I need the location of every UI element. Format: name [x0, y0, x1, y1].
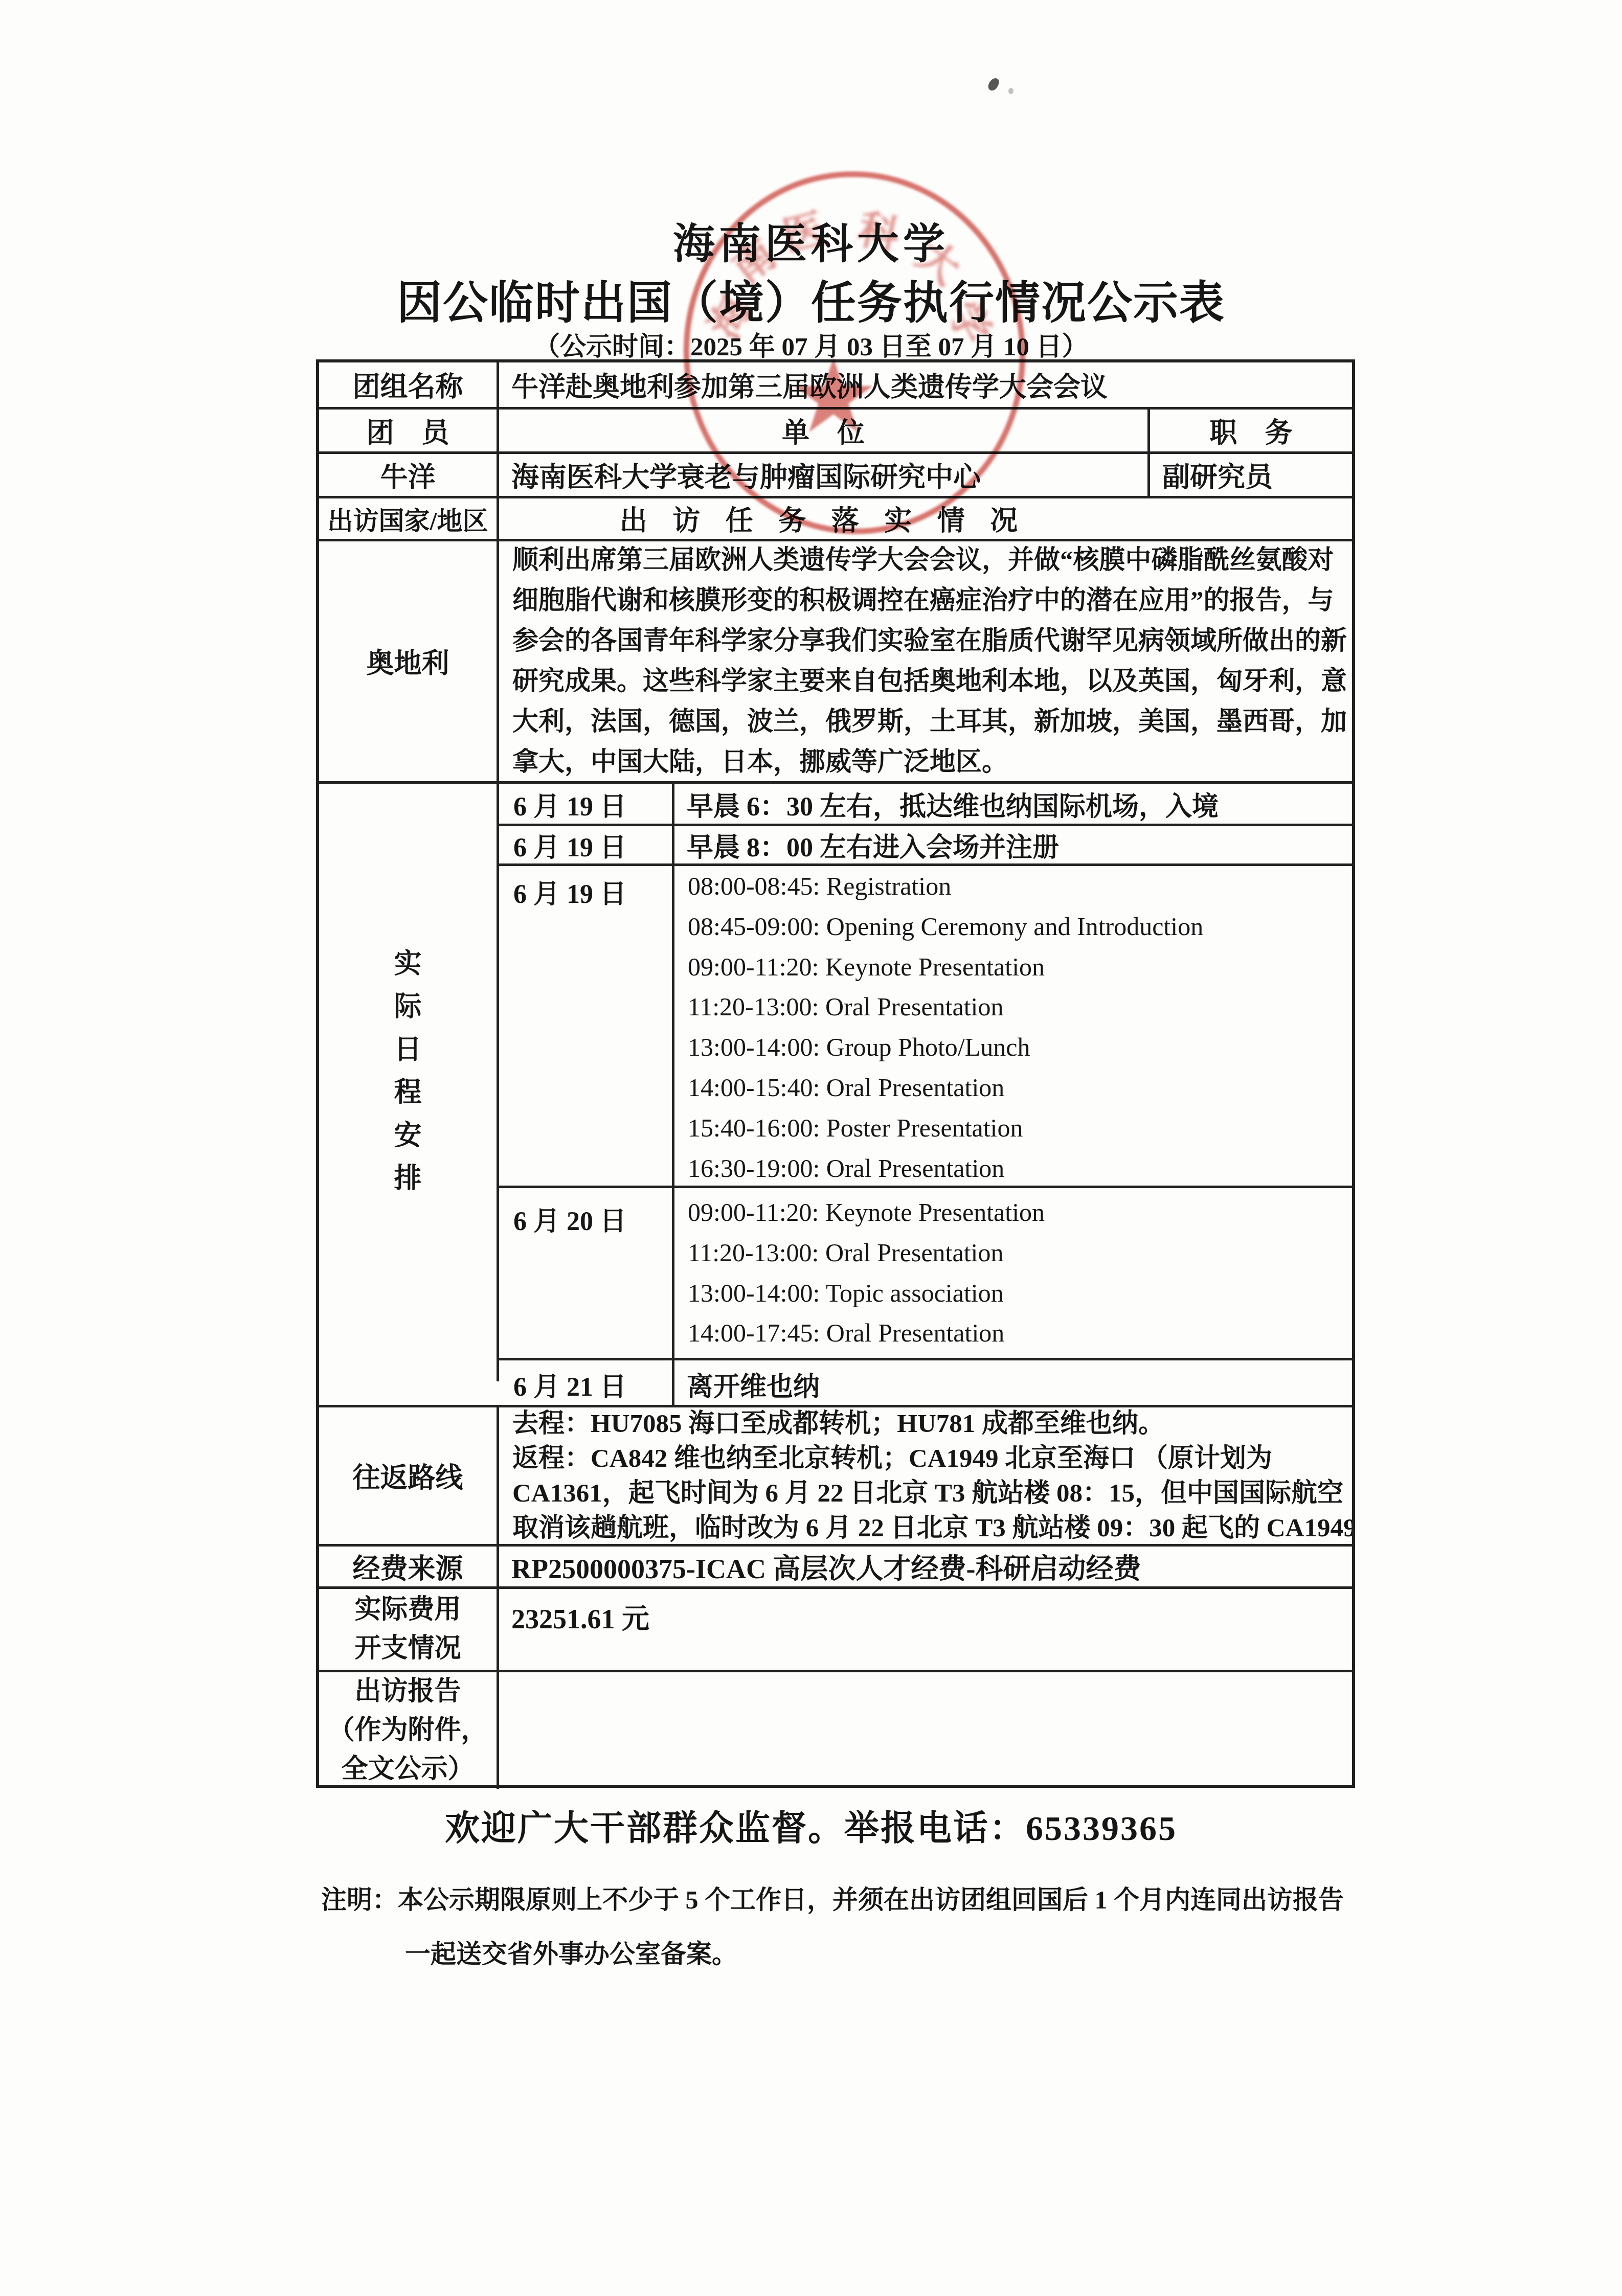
schedule-entry: 13:00-14:00: Group Photo/Lunch: [688, 1027, 1030, 1067]
page-title: 海南医科大学: [0, 211, 1622, 270]
group-name-value: 牛洋赴奥地利参加第三届欧洲人类遗传学大会会议: [499, 362, 1352, 407]
schedule-entry: 16:30-19:00: Oral Presentation: [688, 1148, 1004, 1186]
route-description: 去程：HU7085 海口至成都转机；HU781 成都至维也纳。 返程：CA842…: [499, 1407, 1352, 1544]
schedule-row: 6 月 19 日 早晨 6：30 左右，抵达维也纳国际机场，入境: [499, 784, 1352, 824]
schedule-label-char: 际: [394, 985, 422, 1028]
report-value-empty: [499, 1672, 1352, 1789]
schedule-entry-list: 09:00-11:20: Keynote Presentation 11:20-…: [674, 1188, 1352, 1358]
schedule-row: 6 月 21 日 离开维也纳: [499, 1358, 1352, 1407]
ink-speck: [1008, 88, 1013, 94]
table-row-funding: 经费来源 RP2500000375-ICAC 高层次人才经费-科研启动经费: [319, 1544, 1352, 1586]
task-line: 顺利出席第三届欧洲人类遗传学大会会议，并做“核膜中磷脂酰丝氨酸对: [512, 541, 1334, 581]
schedule-entry: 14:00-17:45: Oral Presentation: [688, 1313, 1004, 1353]
schedule-entry: 09:00-11:20: Keynote Presentation: [688, 1192, 1045, 1233]
report-label-line: （作为附件，: [328, 1711, 487, 1750]
report-label-line: 出访报告: [354, 1672, 461, 1711]
publicity-table: 团组名称 牛洋赴奥地利参加第三届欧洲人类遗传学大会会议 团 员 单 位 职 务 …: [316, 359, 1355, 1788]
route-line: CA1361，起飞时间为 6 月 22 日北京 T3 航站楼 08：15，但中国…: [512, 1476, 1343, 1511]
schedule-entry: 早晨 8：00 左右进入会场并注册: [674, 826, 1352, 863]
task-line: 参会的各国青年科学家分享我们实验室在脂质代谢罕见病领域所做出的新: [512, 621, 1347, 662]
task-line: 拿大，中国大陆，日本，挪威等广泛地区。: [512, 742, 1008, 782]
table-row-schedule: 实 际 日 程 安 排 6 月 19 日 早晨 6：30 左右，抵达维也纳国际机…: [319, 781, 1352, 1405]
schedule-row: 6 月 19 日 早晨 8：00 左右进入会场并注册: [499, 824, 1352, 863]
footnote-line2: 一起送交省外事办公室备案。: [405, 1934, 737, 1970]
route-line: 取消该趟航班，临时改为 6 月 22 日北京 T3 航站楼 09：30 起飞的 …: [512, 1511, 1352, 1544]
schedule-entry: 09:00-11:20: Keynote Presentation: [688, 947, 1045, 987]
schedule-entry: 11:20-13:00: Oral Presentation: [688, 1233, 1003, 1273]
schedule-entry: 离开维也纳: [674, 1360, 1352, 1407]
table-row-report: 出访报告 （作为附件， 全文公示）: [319, 1670, 1352, 1789]
member-position: 副研究员: [1147, 454, 1352, 496]
schedule-entry: 08:00-08:45: Registration: [688, 866, 951, 906]
task-line: 研究成果。这些科学家主要来自包括奥地利本地，以及英国，匈牙利，意: [512, 662, 1347, 702]
document-page: 海南医科大学 因公临时出国（境）任务执行情况公示表 （公示时间：2025 年 0…: [0, 0, 1622, 2296]
table-row-cost: 实际费用 开支情况 23251.61 元: [319, 1586, 1352, 1670]
schedule-entry: 早晨 6：30 左右，抵达维也纳国际机场，入境: [674, 784, 1352, 824]
group-name-label: 团组名称: [319, 362, 499, 407]
route-line: 返程：CA842 维也纳至北京转机；CA1949 北京至海口 （原计划为: [512, 1441, 1272, 1476]
table-row-country-task: 奥地利 顺利出席第三届欧洲人类遗传学大会会议，并做“核膜中磷脂酰丝氨酸对 细胞脂…: [319, 539, 1352, 781]
cost-label: 实际费用 开支情况: [319, 1589, 499, 1670]
page-subtitle-main: 因公临时出国（境）任务执行情况公示表: [0, 267, 1622, 331]
cost-label-line: 实际费用: [354, 1590, 461, 1629]
schedule-rows: 6 月 19 日 早晨 6：30 左右，抵达维也纳国际机场，入境 6 月 19 …: [499, 784, 1352, 1405]
schedule-date: 6 月 20 日: [499, 1188, 674, 1358]
cost-label-line: 开支情况: [354, 1629, 461, 1668]
table-row-column-headers: 团 员 单 位 职 务: [319, 407, 1352, 451]
task-status-header: 出 访 任 务 落 实 情 况: [499, 498, 1352, 539]
funding-value: RP2500000375-ICAC 高层次人才经费-科研启动经费: [499, 1547, 1352, 1586]
route-line: 去程：HU7085 海口至成都转机；HU781 成都至维也纳。: [512, 1407, 1164, 1441]
schedule-label: 实 际 日 程 安 排: [319, 760, 499, 1381]
task-line: 大利，法国，德国，波兰，俄罗斯，土耳其，新加坡，美国，墨西哥，加: [512, 702, 1347, 742]
schedule-label-char: 安: [394, 1114, 422, 1157]
position-col-header: 职 务: [1147, 410, 1352, 451]
schedule-date: 6 月 19 日: [499, 826, 674, 863]
publicity-period: （公示时间：2025 年 07 月 03 日至 07 月 10 日）: [0, 325, 1622, 363]
member-col-header: 团 员: [319, 410, 499, 451]
table-row-group-name: 团组名称 牛洋赴奥地利参加第三届欧洲人类遗传学大会会议: [319, 362, 1352, 407]
report-label: 出访报告 （作为附件， 全文公示）: [319, 1672, 499, 1789]
route-label: 往返路线: [319, 1407, 499, 1544]
schedule-entry: 08:45-09:00: Opening Ceremony and Introd…: [688, 906, 1203, 947]
schedule-entry: 13:00-14:00: Topic association: [688, 1273, 1004, 1313]
supervision-notice: 欢迎广大干部群众监督。举报电话：65339365: [0, 1801, 1622, 1850]
schedule-date: 6 月 21 日: [499, 1360, 674, 1407]
country-name: 奥地利: [319, 541, 499, 781]
schedule-date: 6 月 19 日: [499, 784, 674, 824]
schedule-label-char: 排: [394, 1157, 422, 1200]
cost-value: 23251.61 元: [499, 1589, 1352, 1670]
table-row-member: 牛洋 海南医科大学衰老与肿瘤国际研究中心 副研究员: [319, 451, 1352, 496]
member-name: 牛洋: [319, 454, 499, 496]
funding-label: 经费来源: [319, 1547, 499, 1586]
schedule-row: 6 月 20 日 09:00-11:20: Keynote Presentati…: [499, 1186, 1352, 1358]
schedule-row: 6 月 19 日 08:00-08:45: Registration 08:45…: [499, 863, 1352, 1186]
schedule-date: 6 月 19 日: [499, 866, 674, 1186]
member-unit: 海南医科大学衰老与肿瘤国际研究中心: [499, 454, 1147, 496]
report-label-line: 全文公示）: [341, 1750, 474, 1789]
table-row-task-header: 出访国家/地区 出 访 任 务 落 实 情 况: [319, 496, 1352, 539]
task-description: 顺利出席第三届欧洲人类遗传学大会会议，并做“核膜中磷脂酰丝氨酸对 细胞脂代谢和核…: [499, 541, 1352, 781]
schedule-label-char: 实: [394, 942, 422, 985]
footnote-line1: 注明：本公示期限原则上不少于 5 个工作日，并须在出访团组回国后 1 个月内连同…: [321, 1879, 1344, 1916]
schedule-label-char: 日: [394, 1028, 422, 1071]
schedule-entry: 14:00-15:40: Oral Presentation: [688, 1067, 1004, 1108]
table-row-route: 往返路线 去程：HU7085 海口至成都转机；HU781 成都至维也纳。 返程：…: [319, 1405, 1352, 1544]
schedule-entry: 11:20-13:00: Oral Presentation: [688, 987, 1003, 1027]
schedule-entry: 15:40-16:00: Poster Presentation: [688, 1108, 1023, 1148]
schedule-label-char: 程: [394, 1071, 422, 1114]
ink-speck: [986, 76, 1000, 92]
task-line: 细胞脂代谢和核膜形变的积极调控在癌症治疗中的潜在应用”的报告，与: [512, 581, 1334, 621]
unit-col-header: 单 位: [499, 410, 1147, 451]
country-col-header: 出访国家/地区: [319, 498, 499, 539]
schedule-entry-list: 08:00-08:45: Registration 08:45-09:00: O…: [674, 866, 1352, 1186]
